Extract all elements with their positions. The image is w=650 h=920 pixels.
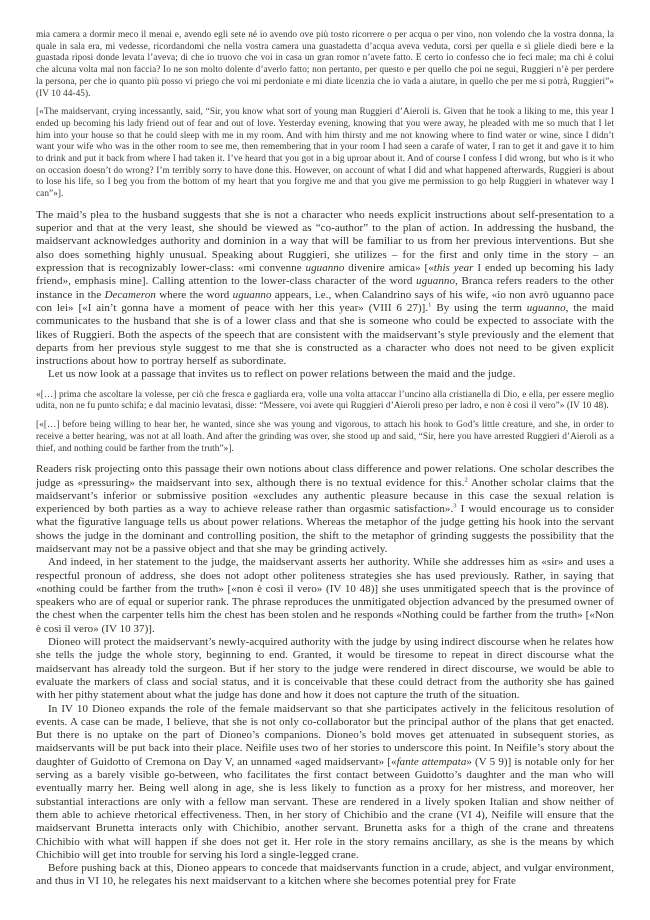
quote-original-italian-1: mia camera a dormir meco il menai e, ave… [36, 30, 614, 100]
text-run: Dioneo will protect the maidservant’s ne… [36, 636, 614, 701]
text-run: Before pushing back at this, Dioneo appe… [36, 862, 614, 887]
paragraph-dioneo-will-protect: Dioneo will protect the maidservant’s ne… [36, 636, 614, 702]
text-run: And indeed, in her statement to the judg… [36, 556, 614, 634]
paragraph-in-iv-10-dioneo-expands: In IV 10 Dioneo expands the role of the … [36, 703, 614, 863]
paragraph-and-indeed: And indeed, in her statement to the judg… [36, 556, 614, 636]
italic-term: uguanno [233, 289, 272, 301]
italic-term: uguanno [416, 275, 455, 287]
book-page: mia camera a dormir meco il menai e, ave… [0, 0, 650, 920]
quote-translation-1: [«The maidservant, crying incessantly, s… [36, 107, 614, 201]
italic-term: uguanno [306, 262, 345, 274]
text-column: mia camera a dormir meco il menai e, ave… [36, 30, 614, 889]
paragraph-let-us-now-look: Let us now look at a passage that invite… [36, 368, 614, 381]
paragraph-readers-risk: Readers risk projecting onto this passag… [36, 463, 614, 556]
text-run: «[…] prima che ascoltare la volesse, per… [36, 390, 614, 412]
text-run: [«[…] before being willing to hear her, … [36, 420, 614, 453]
paragraph-before-pushing-back: Before pushing back at this, Dioneo appe… [36, 862, 614, 889]
text-run: mia camera a dormir meco il menai e, ave… [36, 30, 614, 99]
italic-term: Decameron [105, 289, 156, 301]
text-run: » (V 5 9)] is notable only for her servi… [36, 756, 614, 861]
text-run: [«The maidservant, crying incessantly, s… [36, 107, 614, 199]
text-run: divenire amica» [« [344, 262, 433, 274]
text-run: where the word [156, 289, 233, 301]
quote-original-italian-2: «[…] prima che ascoltare la volesse, per… [36, 390, 614, 413]
text-run: By using the term [431, 302, 526, 314]
italic-term: uguanno [527, 302, 566, 314]
italic-term: this year [434, 262, 474, 274]
italic-term: fante attempata [397, 756, 467, 768]
text-run: Let us now look at a passage that invite… [48, 368, 515, 380]
paragraph-maids-plea: The maid’s plea to the husband suggests … [36, 209, 614, 369]
quote-translation-2: [«[…] before being willing to hear her, … [36, 420, 614, 455]
